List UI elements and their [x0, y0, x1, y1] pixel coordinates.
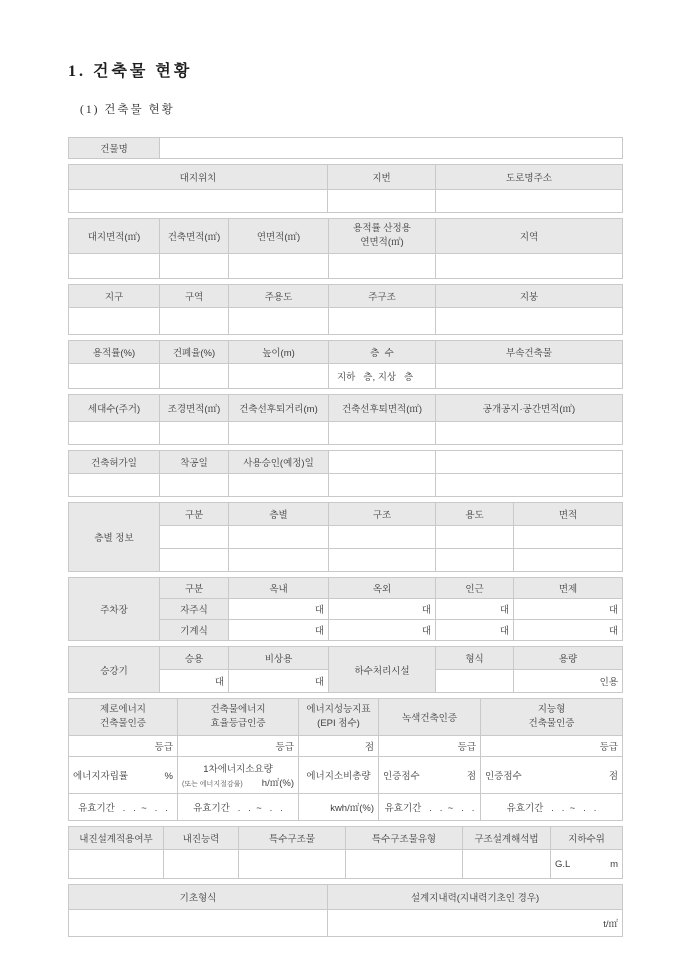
groundwater-level-value: G.L m	[551, 850, 623, 879]
setback-distance-header: 건축선후퇴거리(m)	[229, 395, 329, 422]
parking-count-unit: 대	[514, 599, 623, 620]
green-building-cert-header: 녹색건축인증	[379, 699, 481, 736]
roof-value	[436, 308, 623, 335]
road-address-header: 도로명주소	[436, 165, 623, 190]
section-structure: 내진설계적용여부 내진능력 특수구조물 특수구조물유형 구조설계해석법 지하수위…	[68, 826, 623, 879]
floor-info-row1-cell	[436, 526, 514, 549]
groundwater-gl-unit: m	[610, 859, 618, 870]
parking-row-self-label: 자주식	[160, 599, 229, 620]
gross-floor-area-value	[229, 254, 329, 279]
main-structure-value	[329, 308, 436, 335]
page-title: 1. 건축물 현황	[68, 58, 622, 81]
main-use-value	[229, 308, 329, 335]
dates-extra-value-1	[329, 474, 436, 497]
height-header: 높이(m)	[229, 341, 329, 364]
parking-count-unit: 대	[514, 620, 623, 641]
zero-energy-grade-unit: 등급	[69, 736, 178, 757]
section-address: 대지위치 지번 도로명주소	[68, 164, 623, 213]
groundwater-gl-label: G.L	[555, 859, 570, 870]
floor-info-row1-cell	[329, 526, 436, 549]
green-cert-score-cell: 인증점수 점	[379, 757, 481, 794]
floor-info-header-structure: 구조	[329, 503, 436, 526]
aux-building-value	[436, 364, 623, 389]
floor-info-row2-cell	[436, 549, 514, 572]
floor-info-row2-cell	[160, 549, 229, 572]
building-name-label: 건물명	[69, 138, 160, 159]
floors-value: 지하 층, 지상 층	[329, 364, 436, 389]
construction-start-header: 착공일	[160, 451, 229, 474]
section-areas: 대지면적(㎡) 건축면적(㎡) 연면적(㎡) 용적률 산정용 연면적(㎡) 지역	[68, 218, 623, 279]
roof-header: 지붕	[436, 285, 623, 308]
green-grade-unit: 등급	[379, 736, 481, 757]
section-building-name: 건물명	[68, 137, 623, 159]
epi-header: 에너지성능지표 (EPI 점수)	[299, 699, 379, 736]
seismic-applied-value	[69, 850, 164, 879]
sewage-type-value	[436, 670, 514, 693]
section-elevator: 승강기 승용 비상용 하수처리시설 형식 용량 대 대 인용	[68, 646, 623, 693]
site-area-header: 대지면적(㎡)	[69, 219, 160, 254]
section-parking: 주차장 구분 옥내 옥외 인근 면제 자주식 대 대 대 대 기계식 대 대 대…	[68, 577, 623, 641]
setback-distance-value	[229, 422, 329, 445]
section-ratios: 용적률(%) 건폐율(%) 높이(m) 층 수 부속건축물 지하 층, 지상 층	[68, 340, 623, 389]
section-dates: 건축허가일 착공일 사용승인(예정)일	[68, 450, 623, 497]
landscape-area-header: 조경면적(㎡)	[160, 395, 229, 422]
page-subtitle: (1) 건축물 현황	[80, 101, 622, 117]
elevator-label: 승강기	[69, 647, 160, 693]
section-floor-info: 층별 정보 구분 층별 구조 용도 면적	[68, 502, 623, 572]
parking-header-nearby: 인근	[436, 578, 514, 599]
seismic-capacity-header: 내진능력	[164, 827, 239, 850]
parking-header-indoor: 옥내	[229, 578, 329, 599]
section-site-details: 세대수(주거) 조경면적(㎡) 건축선후퇴거리(m) 건축선후퇴면적(㎡) 공개…	[68, 394, 623, 445]
cert-score-unit: 점	[467, 768, 476, 782]
document-page: 1. 건축물 현황 (1) 건축물 현황 건물명 대지위치 지번 도로명주소 대…	[0, 0, 680, 937]
foundation-type-value	[69, 910, 328, 937]
intelligent-cert-score-cell: 인증점수 점	[481, 757, 623, 794]
parking-count-unit: 대	[229, 620, 329, 641]
households-header: 세대수(주거)	[69, 395, 160, 422]
bcr-header: 건폐율(%)	[160, 341, 229, 364]
dates-extra-value-2	[436, 474, 623, 497]
epi-score-unit: 점	[299, 736, 379, 757]
height-value	[229, 364, 329, 389]
special-structure-value	[239, 850, 346, 879]
design-bearing-unit: t/㎡	[328, 910, 623, 937]
floor-info-label: 층별 정보	[69, 503, 160, 572]
zero-energy-cert-header: 제로에너지 건축물인증	[69, 699, 178, 736]
energy-self-reliance-unit: %	[165, 771, 173, 782]
cert-score-label: 인증점수	[383, 768, 420, 782]
building-name-value	[160, 138, 623, 159]
validity-period: 유효기간 . . ~ . .	[178, 794, 299, 821]
permit-date-header: 건축허가일	[69, 451, 160, 474]
jibun-value	[328, 190, 436, 213]
elevator-passenger-unit: 대	[160, 670, 229, 693]
permit-date-value	[69, 474, 160, 497]
efficiency-grade-unit: 등급	[178, 736, 299, 757]
zone-value	[160, 308, 229, 335]
total-energy-consumption-label: 에너지소비총량	[299, 757, 379, 794]
district-value	[69, 308, 160, 335]
building-area-value	[160, 254, 229, 279]
district-header: 지구	[69, 285, 160, 308]
dates-extra-cell-1	[329, 451, 436, 474]
far-calc-area-value	[329, 254, 436, 279]
landscape-area-value	[160, 422, 229, 445]
parking-header-exempt: 면제	[514, 578, 623, 599]
floor-info-header-use: 용도	[436, 503, 514, 526]
primary-energy-sublabel: (또는 에너지절감률)	[182, 779, 243, 789]
groundwater-level-header: 지하수위	[551, 827, 623, 850]
special-structure-type-value	[346, 850, 463, 879]
section-energy: 제로에너지 건축물인증 건축물에너지 효율등급인증 에너지성능지표 (EPI 점…	[68, 698, 623, 821]
design-bearing-header: 설계지내력(지내력기초인 경우)	[328, 885, 623, 910]
use-approval-value	[229, 474, 329, 497]
site-location-value	[69, 190, 328, 213]
dates-extra-cell-2	[436, 451, 623, 474]
setback-area-value	[329, 422, 436, 445]
far-calc-area-header: 용적률 산정용 연면적(㎡)	[329, 219, 436, 254]
elevator-emergency-header: 비상용	[229, 647, 329, 670]
site-location-header: 대지위치	[69, 165, 328, 190]
sewage-type-header: 형식	[436, 647, 514, 670]
cert-score-unit: 점	[609, 768, 618, 782]
cert-score-label: 인증점수	[485, 768, 522, 782]
primary-energy-label: 1차에너지소요량	[182, 761, 294, 775]
validity-period: 유효기간 . . ~ . .	[379, 794, 481, 821]
analysis-method-header: 구조설계해석법	[463, 827, 551, 850]
floor-info-row1-cell	[514, 526, 623, 549]
gross-floor-area-header: 연면적(㎡)	[229, 219, 329, 254]
floor-info-header-floor: 층별	[229, 503, 329, 526]
floors-header: 층 수	[329, 341, 436, 364]
parking-label: 주차장	[69, 578, 160, 641]
parking-count-unit: 대	[329, 599, 436, 620]
special-structure-type-header: 특수구조물유형	[346, 827, 463, 850]
floor-info-header-gubun: 구분	[160, 503, 229, 526]
sewage-facility-header: 하수처리시설	[329, 647, 436, 693]
floor-info-row1-cell	[229, 526, 329, 549]
far-header: 용적률(%)	[69, 341, 160, 364]
validity-period: 유효기간 . . ~ . .	[481, 794, 623, 821]
special-structure-header: 특수구조물	[239, 827, 346, 850]
seismic-applied-header: 내진설계적용여부	[69, 827, 164, 850]
road-address-value	[436, 190, 623, 213]
sewage-capacity-header: 용량	[514, 647, 623, 670]
bcr-value	[160, 364, 229, 389]
region-header: 지역	[436, 219, 623, 254]
site-area-value	[69, 254, 160, 279]
floor-info-row2-cell	[229, 549, 329, 572]
seismic-capacity-value	[164, 850, 239, 879]
elevator-emergency-unit: 대	[229, 670, 329, 693]
construction-start-value	[160, 474, 229, 497]
energy-self-reliance-label: 에너지자립률	[73, 768, 128, 782]
intelligent-grade-unit: 등급	[481, 736, 623, 757]
open-space-area-header: 공개공지·공간면적(㎡)	[436, 395, 623, 422]
energy-self-reliance-cell: 에너지자립률 %	[69, 757, 178, 794]
section-zoning: 지구 구역 주용도 주구조 지붕	[68, 284, 623, 335]
primary-energy-unit: h/㎡(%)	[262, 775, 294, 789]
floor-info-row2-cell	[329, 549, 436, 572]
main-use-header: 주용도	[229, 285, 329, 308]
floor-info-row2-cell	[514, 549, 623, 572]
aux-building-header: 부속건축물	[436, 341, 623, 364]
open-space-area-value	[436, 422, 623, 445]
elevator-passenger-header: 승용	[160, 647, 229, 670]
section-foundation: 기초형식 설계지내력(지내력기초인 경우) t/㎡	[68, 884, 623, 937]
primary-energy-cell: 1차에너지소요량 (또는 에너지절감률) h/㎡(%)	[178, 757, 299, 794]
far-value	[69, 364, 160, 389]
floor-info-row1-cell	[160, 526, 229, 549]
parking-header-gubun: 구분	[160, 578, 229, 599]
energy-efficiency-cert-header: 건축물에너지 효율등급인증	[178, 699, 299, 736]
parking-count-unit: 대	[436, 599, 514, 620]
parking-header-outdoor: 옥외	[329, 578, 436, 599]
zone-header: 구역	[160, 285, 229, 308]
main-structure-header: 주구조	[329, 285, 436, 308]
sewage-capacity-unit: 인용	[514, 670, 623, 693]
households-value	[69, 422, 160, 445]
foundation-type-header: 기초형식	[69, 885, 328, 910]
parking-count-unit: 대	[329, 620, 436, 641]
region-value	[436, 254, 623, 279]
parking-count-unit: 대	[229, 599, 329, 620]
parking-count-unit: 대	[436, 620, 514, 641]
building-area-header: 건축면적(㎡)	[160, 219, 229, 254]
total-energy-consumption-unit: kwh/㎡(%)	[299, 794, 379, 821]
analysis-method-value	[463, 850, 551, 879]
intelligent-building-cert-header: 지능형 건축물인증	[481, 699, 623, 736]
floor-info-header-area: 면적	[514, 503, 623, 526]
use-approval-header: 사용승인(예정)일	[229, 451, 329, 474]
jibun-header: 지번	[328, 165, 436, 190]
validity-period: 유효기간 . . ~ . .	[69, 794, 178, 821]
setback-area-header: 건축선후퇴면적(㎡)	[329, 395, 436, 422]
parking-row-mechanical-label: 기계식	[160, 620, 229, 641]
